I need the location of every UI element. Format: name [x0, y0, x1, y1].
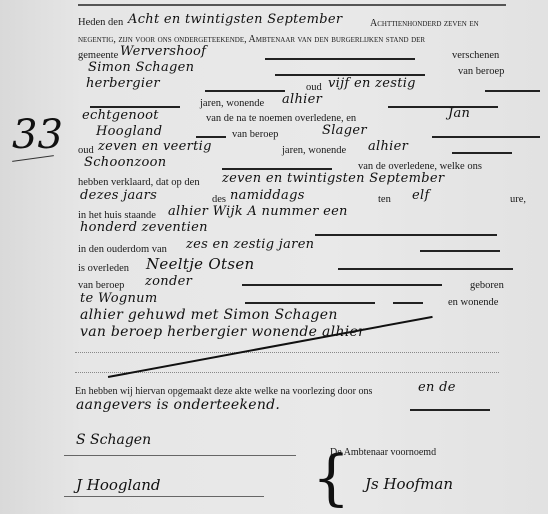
handwritten-occupation-2: Slager — [322, 123, 367, 138]
fill-rule — [242, 284, 442, 286]
printed-text: in den ouderdom van — [78, 244, 167, 255]
fill-rule — [245, 302, 375, 304]
fill-rule — [196, 136, 226, 138]
handwritten-hour: elf — [412, 188, 430, 203]
handwritten-occupation-1: herbergier — [86, 76, 160, 91]
handwritten-residence-1: alhier — [282, 92, 322, 107]
printed-text: En hebben wij hiervan opgemaakt deze akt… — [75, 386, 372, 397]
fill-rule — [265, 58, 415, 60]
printed-text: geboren — [470, 280, 504, 291]
handwritten-date: Acht en twintigsten September — [128, 12, 342, 27]
printed-text: ure, — [510, 194, 526, 205]
record-number: 33 — [12, 112, 63, 158]
printed-text: hebben verklaard, dat op den — [78, 177, 200, 188]
printed-text: verschenen — [452, 50, 499, 61]
signature-declarant-2: J Hoogland — [76, 476, 161, 494]
handwritten-municipality: Wervershoof — [120, 44, 206, 59]
handwritten-declarant-2-first: Jan — [448, 106, 470, 121]
printed-text: Heden den — [78, 17, 123, 28]
empty-line — [75, 372, 499, 373]
handwritten-age-1: vijf en zestig — [328, 76, 416, 91]
handwritten-residence-2: alhier — [368, 139, 408, 154]
fill-rule — [222, 168, 332, 170]
printed-text: jaren, wonende — [200, 98, 264, 109]
handwritten-birthplace: te Wognum — [80, 291, 157, 306]
official-label: De Ambtenaar voornoemd — [330, 447, 436, 458]
fill-rule — [205, 90, 285, 92]
civil-record-page: Heden den Acht en twintigsten September … — [0, 0, 548, 514]
handwritten-spouse: alhier gehuwd met Simon Schagen — [80, 307, 338, 323]
fill-rule — [338, 268, 513, 270]
fill-rule — [420, 250, 500, 252]
printed-text: en wonende — [448, 297, 498, 308]
handwritten-time-of-day: namiddags — [230, 188, 305, 203]
handwritten-death-date: zeven en twintigsten September — [222, 171, 444, 186]
handwritten-address-cont: honderd zeventien — [80, 220, 208, 235]
signature-line — [64, 455, 296, 456]
handwritten-deceased-name: Neeltje Otsen — [146, 255, 254, 273]
signature-official: Js Hoofman — [365, 475, 453, 493]
fill-rule — [315, 234, 497, 236]
fill-rule — [410, 409, 490, 411]
printed-text: jaren, wonende — [282, 145, 346, 156]
handwritten-closing: en de — [418, 380, 456, 395]
handwritten-age-2: zeven en veertig — [98, 139, 212, 154]
handwritten-year: dezes jaars — [80, 188, 157, 203]
printed-text: van beroep — [458, 66, 504, 77]
top-rule — [78, 4, 506, 6]
signature-declarant-1: S Schagen — [76, 432, 151, 448]
printed-text: is overleden — [78, 263, 129, 274]
handwritten-relation-1: echtgenoot — [82, 108, 159, 123]
printed-text: van beroep — [78, 280, 124, 291]
printed-text: ten — [378, 194, 391, 205]
fill-rule — [452, 152, 512, 154]
printed-text: Achttienhonderd zeven en — [370, 18, 479, 29]
printed-text: van beroep — [232, 129, 278, 140]
empty-line — [75, 352, 499, 353]
fill-rule — [388, 106, 498, 108]
fill-rule — [485, 90, 540, 92]
handwritten-relation-2: Schoonzoon — [84, 155, 166, 170]
fill-rule — [393, 302, 423, 304]
handwritten-closing-cont: aangevers is onderteekend. — [76, 397, 280, 413]
handwritten-address: alhier Wijk A nummer een — [168, 204, 348, 219]
handwritten-declarant-1: Simon Schagen — [88, 60, 194, 75]
handwritten-deceased-age: zes en zestig jaren — [186, 237, 314, 252]
signature-line — [64, 496, 264, 497]
handwritten-declarant-2-last: Hoogland — [96, 124, 162, 139]
fill-rule — [432, 136, 540, 138]
handwritten-deceased-occupation: zonder — [145, 274, 192, 289]
